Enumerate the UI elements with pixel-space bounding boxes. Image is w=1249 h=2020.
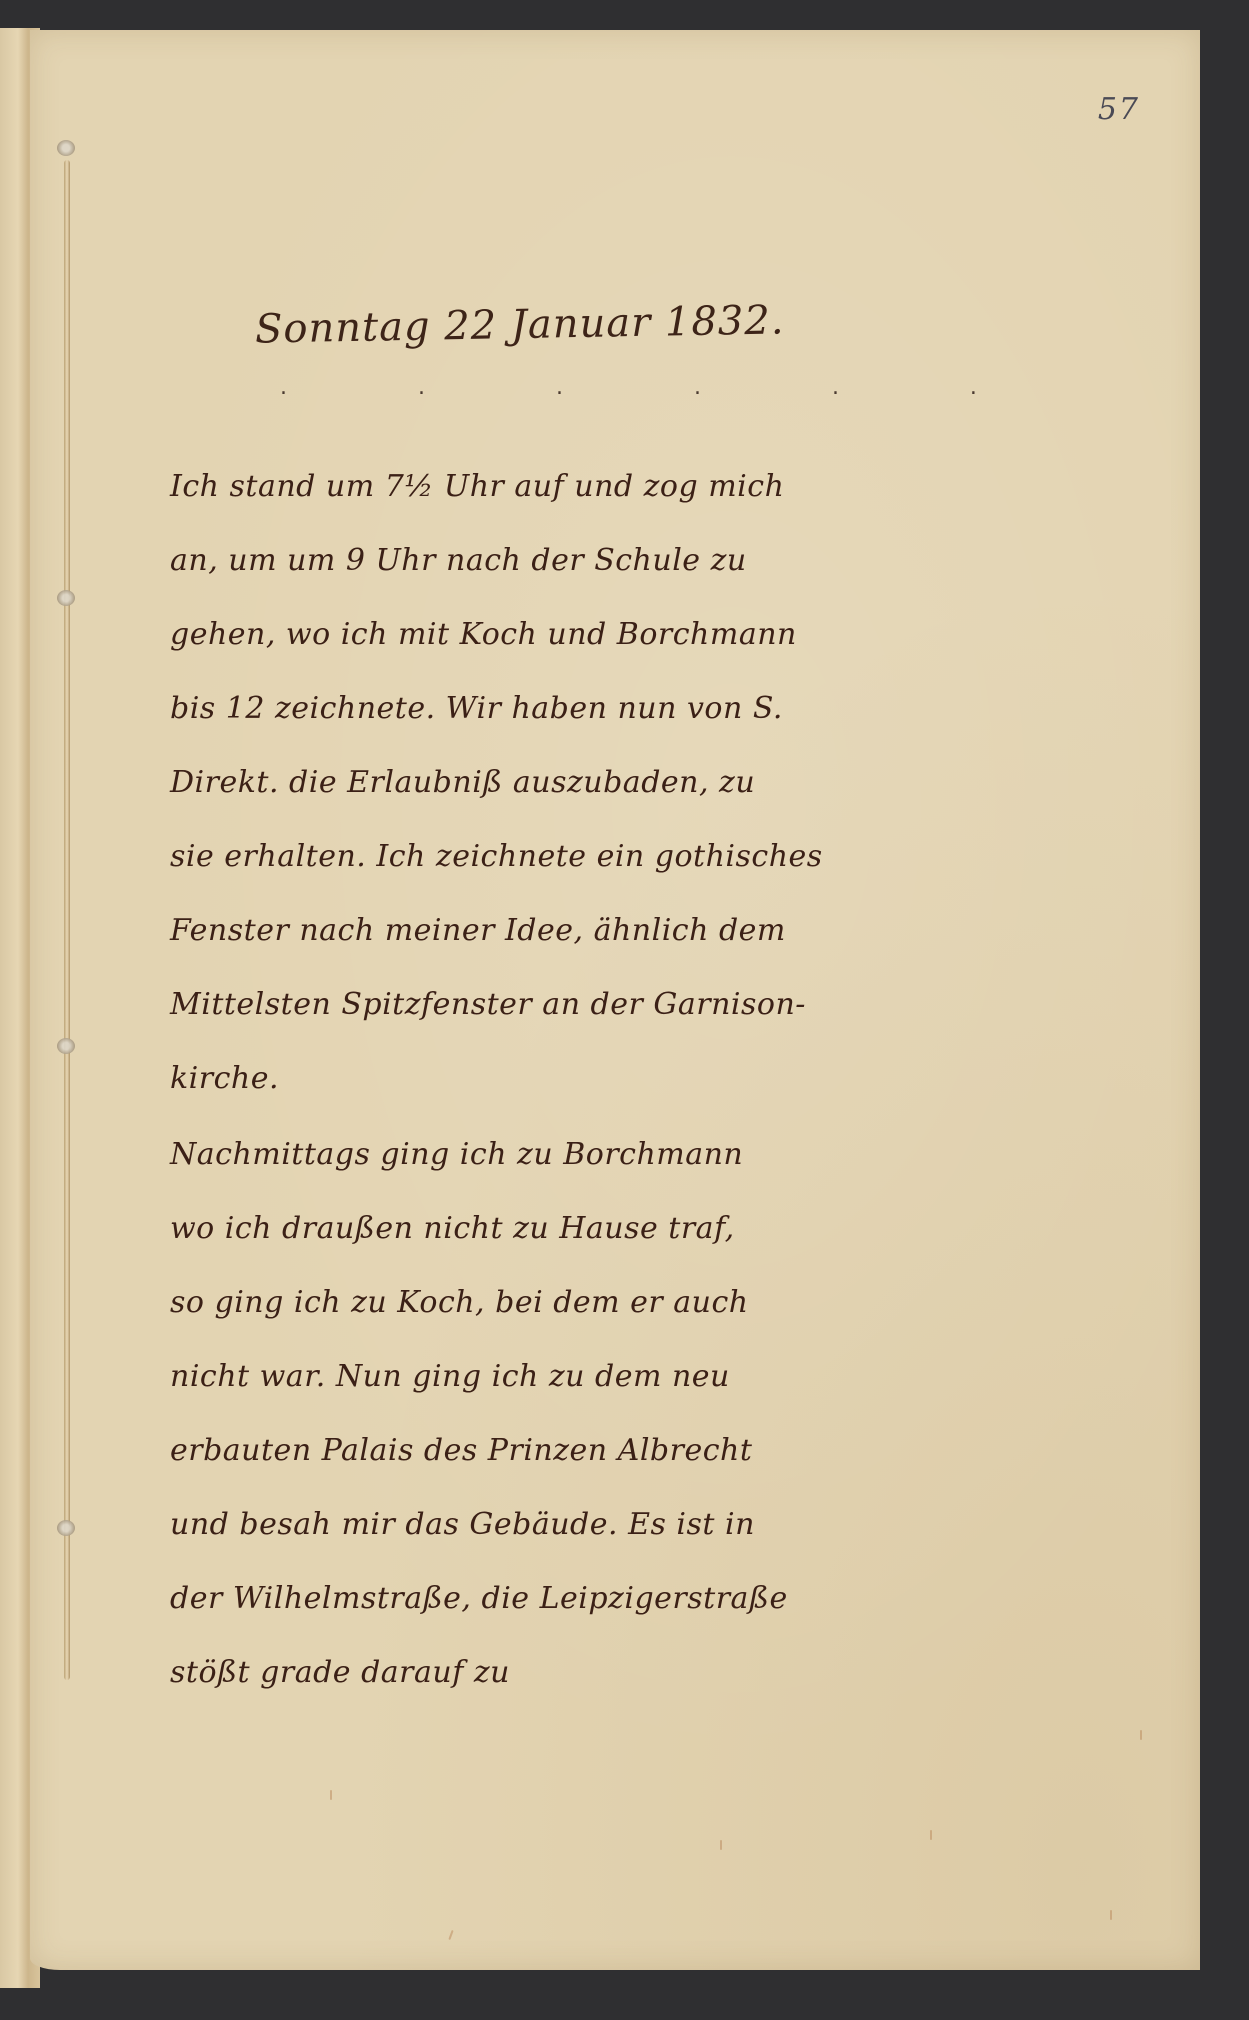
paper-fiber — [330, 1790, 332, 1800]
text-line: und besah mir das Gebäude. Es ist in — [170, 1488, 950, 1562]
text-line: Mittelsten Spitzfenster an der Garnison- — [170, 968, 950, 1042]
text-line: wo ich draußen nicht zu Hause traf, — [170, 1192, 950, 1266]
entry-date-heading: Sonntag 22 Januar 1832. — [255, 297, 785, 352]
binding-stitch — [57, 1038, 75, 1054]
binding-stitch — [57, 140, 75, 156]
text-line: Fenster nach meiner Idee, ähnlich dem — [170, 894, 950, 968]
text-line: so ging ich zu Koch, bei dem er auch — [170, 1266, 950, 1340]
paper-fiber — [448, 1930, 453, 1940]
manuscript-page: 57 Sonntag 22 Januar 1832. . . . . . . I… — [30, 30, 1200, 1970]
text-line: sie erhalten. Ich zeichnete ein gothisch… — [170, 820, 950, 894]
paper-fiber — [930, 1830, 932, 1840]
text-line: an, um um 9 Uhr nach der Schule zu — [170, 524, 950, 598]
text-line: bis 12 zeichnete. Wir haben nun von S. — [170, 672, 950, 746]
text-line: stößt grade darauf zu — [170, 1636, 950, 1710]
text-line: kirche. — [170, 1042, 950, 1116]
scan-viewport: 57 Sonntag 22 Januar 1832. . . . . . . I… — [0, 0, 1249, 2020]
heading-divider-dots: . . . . . . — [280, 375, 1039, 400]
text-line: Nachmittags ging ich zu Borchmann — [170, 1118, 950, 1192]
paper-fiber — [1110, 1910, 1112, 1920]
page-number: 57 — [1098, 92, 1140, 127]
paper-fiber — [1140, 1730, 1142, 1740]
text-line: erbauten Palais des Prinzen Albrecht — [170, 1414, 950, 1488]
binding-stitch — [57, 1520, 75, 1536]
diary-entry-body: Ich stand um 7½ Uhr auf und zog mich an,… — [170, 450, 950, 1710]
text-line: Ich stand um 7½ Uhr auf und zog mich — [170, 450, 950, 524]
paper-fiber — [720, 1840, 722, 1850]
binding-stitch — [57, 590, 75, 606]
text-line: Direkt. die Erlaubniß auszubaden, zu — [170, 746, 950, 820]
binding-thread — [64, 160, 70, 1680]
text-line: der Wilhelmstraße, die Leipzigerstraße — [170, 1562, 950, 1636]
text-line: nicht war. Nun ging ich zu dem neu — [170, 1340, 950, 1414]
text-line: gehen, wo ich mit Koch und Borchmann — [170, 598, 950, 672]
